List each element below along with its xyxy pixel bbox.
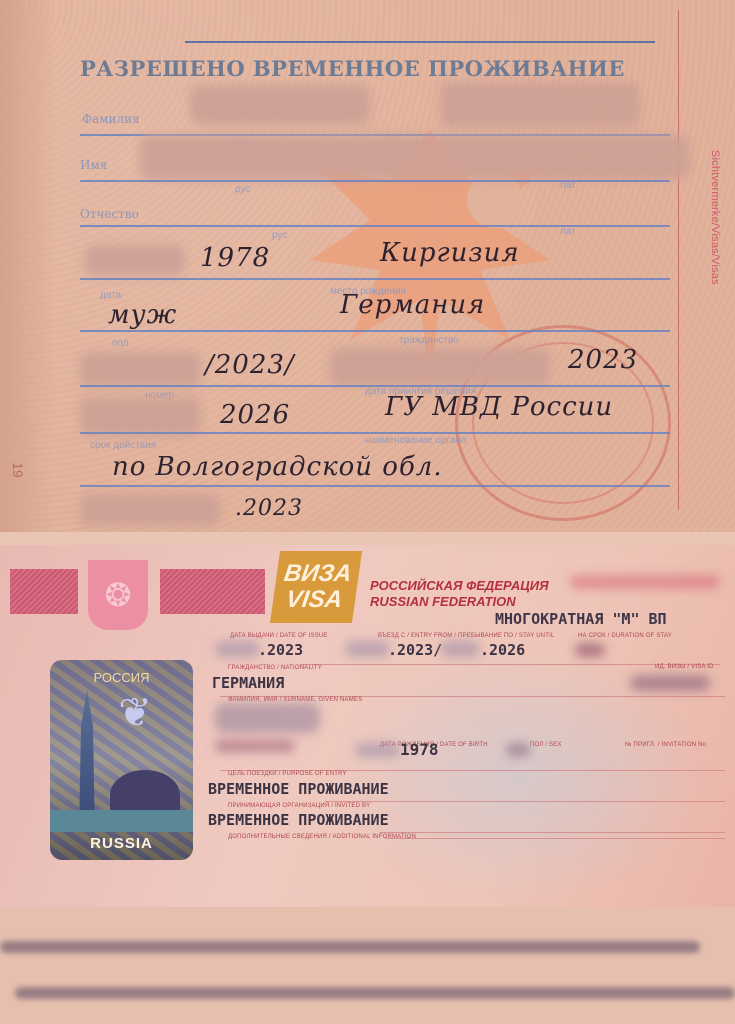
birth-place: Киргизия: [380, 238, 520, 268]
divider: [80, 432, 670, 434]
birth-year: 1978: [200, 243, 270, 273]
redacted-validity-date: [80, 398, 200, 436]
page-shadow: [0, 0, 55, 532]
country-en: RUSSIAN FEDERATION: [370, 594, 549, 610]
birth-year-value: 1978: [400, 740, 439, 759]
issue-year: .2023: [235, 496, 303, 521]
residence-permit-page: Sichtvermerke/Visas/Visas 19 РАЗРЕШЕНО В…: [0, 0, 735, 532]
visa-id-label: ИД. ВИЗЫ / VISA ID: [655, 664, 714, 670]
duration-label: НА СРОК / DURATION OF STAY: [578, 633, 672, 639]
visa-type: МНОГОКРАТНАЯ "М" ВП: [495, 610, 667, 628]
citizenship-value: Германия: [340, 290, 485, 320]
redacted-issue-day: [215, 641, 260, 657]
divider: [80, 225, 670, 227]
authority-label: наименование органа: [365, 435, 467, 446]
date-of-issue-label: ДАТА ВЫДАЧИ / DATE OF ISSUE: [230, 633, 328, 639]
lat-label: лат: [560, 226, 576, 237]
date-of-issue-value: .2023: [258, 641, 303, 659]
divider: [80, 180, 670, 182]
security-pattern: [160, 569, 265, 614]
redacted-birth-day: [355, 743, 400, 757]
redacted-header: [570, 575, 720, 589]
redacted-number: [80, 352, 200, 387]
redacted-mrz-line-2: [15, 987, 735, 999]
purpose-value: ВРЕМЕННОЕ ПРОЖИВАНИЕ: [208, 780, 389, 798]
redacted-surname-rus: [190, 85, 370, 125]
issuing-country: РОССИЙСКАЯ ФЕДЕРАЦИЯ RUSSIAN FEDERATION: [370, 578, 549, 610]
redacted-visa-id: [630, 675, 710, 691]
stamp-title: РАЗРЕШЕНО ВРЕМЕННОЕ ПРОЖИВАНИЕ: [80, 56, 680, 81]
surname-label: Фамилия: [82, 112, 140, 126]
redacted-duration: [575, 643, 605, 657]
divider: [80, 278, 670, 280]
hologram-top-text: РОССИЯ: [50, 670, 193, 685]
kremlin-wall: [50, 810, 193, 832]
side-text: Sichtvermerke/Visas/Visas: [701, 150, 721, 340]
lat-label: лат: [560, 180, 576, 191]
name-label: Имя: [80, 158, 107, 172]
patronymic-label: Отчество: [80, 207, 139, 221]
nationality-label: ГРАЖДАНСТВО / NATIONALITY: [228, 665, 322, 671]
visa-badge: ВИЗА VISA: [270, 551, 362, 623]
kremlin-tower-icon: [72, 690, 102, 810]
redacted-names: [215, 703, 320, 733]
margin-line: [678, 10, 679, 510]
rus-label: рус: [272, 230, 287, 241]
validity-year: 2026: [220, 400, 290, 430]
redacted-sex: [506, 743, 530, 757]
divider: [380, 832, 725, 833]
visa-sticker: ❂ ВИЗА VISA РОССИЙСКАЯ ФЕДЕРАЦИЯ RUSSIAN…: [0, 545, 735, 907]
rus-label: рус: [235, 184, 250, 195]
entry-from-value: .2023/: [388, 641, 442, 659]
security-pattern: [10, 569, 78, 614]
hologram-bottom-text: RUSSIA: [50, 835, 193, 852]
security-hologram: РОССИЯ ❦ RUSSIA: [50, 660, 193, 860]
sex-label: пол: [112, 338, 129, 349]
redacted-surname-lat: [440, 82, 640, 127]
additional-info-label: ДОПОЛНИТЕЛЬНЫЕ СВЕДЕНИЯ / ADDITIONAL INF…: [228, 834, 416, 840]
redacted-stay-day: [440, 641, 480, 657]
redacted-birth-date: [85, 245, 185, 275]
stay-until-value: .2026: [480, 641, 525, 659]
sex-label: ПОЛ / SEX: [530, 742, 562, 748]
divider: [325, 801, 725, 802]
redacted-decision-date: [330, 348, 550, 386]
nationality-value: ГЕРМАНИЯ: [212, 674, 284, 692]
entry-stay-label: ВЪЕЗД С / ENTRY FROM / ПРЕБЫВАНИЕ ПО / S…: [378, 633, 555, 639]
redacted-name: [140, 135, 690, 180]
country-ru: РОССИЙСКАЯ ФЕДЕРАЦИЯ: [370, 578, 549, 594]
citizenship-label: гражданство: [400, 335, 459, 346]
invitation-label: № ПРИГЛ. / INVITATION No: [625, 742, 706, 748]
visa-badge-ru: ВИЗА: [275, 561, 361, 587]
authority-line-2: по Волгоградской обл.: [112, 452, 443, 482]
divider: [80, 330, 670, 332]
redacted-mrz-line-1: [0, 941, 700, 953]
permit-number-year: /2023/: [205, 350, 295, 380]
authority-line-1: ГУ МВД России: [385, 392, 613, 422]
visa-badge-en: VISA: [271, 587, 357, 613]
redacted-doc-number: [215, 740, 295, 752]
purpose-label: ЦЕЛЬ ПОЕЗДКИ / PURPOSE OF ENTRY: [228, 771, 347, 777]
invited-by-label: ПРИНИМАЮЩАЯ ОРГАНИЗАЦИЯ / INVITED BY: [228, 803, 370, 809]
invited-by-value: ВРЕМЕННОЕ ПРОЖИВАНИЕ: [208, 811, 389, 829]
divider: [385, 838, 725, 839]
double-headed-eagle-icon: ❦: [110, 690, 160, 750]
divider: [80, 485, 670, 487]
machine-readable-zone: [0, 907, 735, 1024]
redacted-issue-date: [80, 494, 220, 526]
redacted-entry-day: [345, 641, 390, 657]
divider: [185, 41, 655, 43]
validity-label: срок действия: [90, 440, 156, 451]
page-number: 19: [10, 462, 26, 478]
decision-year: 2023: [568, 345, 638, 375]
sex-value: муж: [108, 300, 177, 330]
coat-of-arms-icon: ❂: [88, 560, 148, 630]
